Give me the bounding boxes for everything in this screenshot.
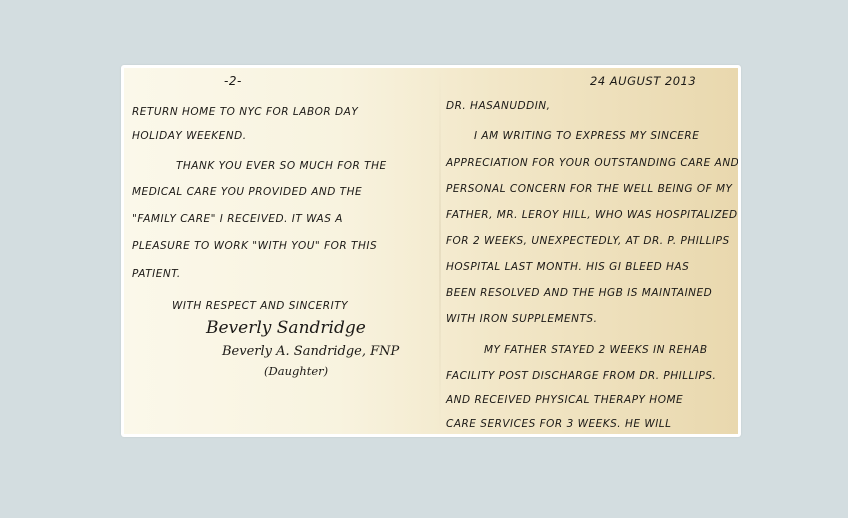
- letter-line: Hospital last month. His GI bleed has: [446, 261, 689, 273]
- signer-name: Beverly A. Sandridge, FNP: [222, 344, 399, 359]
- page-background: -2- Return home to NYC for Labor Day hol…: [0, 0, 848, 518]
- letter-line: medical care you provided and the: [132, 186, 362, 198]
- letter-line: for 2 weeks, unexpectedly, at Dr. P. Phi…: [446, 235, 730, 247]
- letter-line: been resolved and the Hgb is maintained: [446, 287, 712, 299]
- page-fold: [439, 68, 441, 434]
- letter-image-frame: -2- Return home to NYC for Labor Day hol…: [121, 65, 741, 437]
- letter-line: father, Mr. Leroy Hill, who was hospital…: [446, 209, 738, 221]
- letter-line: facility post discharge from Dr. Phillip…: [446, 370, 716, 382]
- letter-line: patient.: [132, 268, 181, 280]
- letter-closing: With respect and sincerity: [172, 300, 348, 312]
- letter-line: My father stayed 2 weeks in rehab: [484, 344, 708, 356]
- letter-line: personal concern for the well being of m…: [446, 183, 732, 195]
- letter-line: "Family care" I received. It was a: [132, 213, 343, 225]
- letter-line: Thank you ever so much for the: [176, 160, 387, 172]
- signer-relation: (Daughter): [264, 364, 328, 378]
- page-number: -2-: [224, 74, 242, 88]
- letter-line: holiday weekend.: [132, 130, 247, 142]
- letter-line: appreciation for your outstanding care a…: [446, 157, 738, 169]
- letter-line: Return home to NYC for Labor Day: [132, 106, 358, 118]
- letter-date: 24 August 2013: [590, 74, 696, 88]
- letter-line: care services for 3 weeks. He will: [446, 418, 672, 430]
- handwritten-letter: -2- Return home to NYC for Labor Day hol…: [124, 68, 738, 434]
- signature: Beverly Sandridge: [206, 318, 366, 338]
- letter-line: I am writing to express my sincere: [474, 130, 699, 142]
- letter-line: pleasure to work "with you" for this: [132, 240, 377, 252]
- letter-line: and received physical therapy home: [446, 394, 683, 406]
- letter-line: with iron supplements.: [446, 313, 597, 325]
- letter-salutation: Dr. Hasanuddin,: [446, 100, 550, 112]
